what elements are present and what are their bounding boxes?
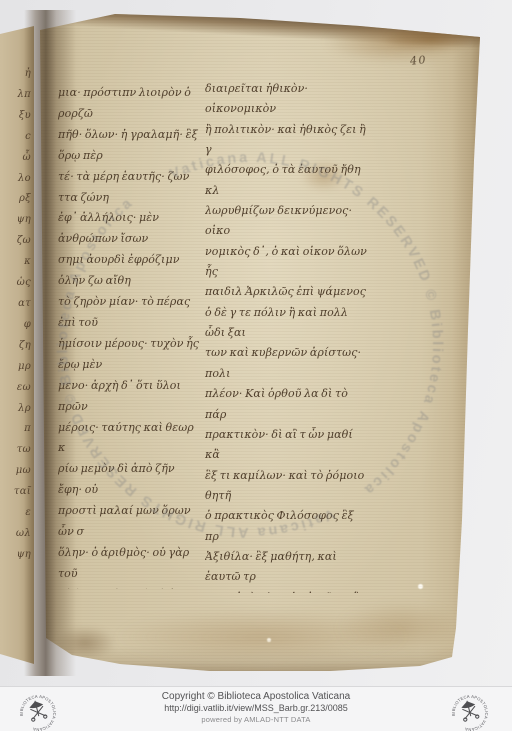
footer-url: http://digi.vatlib.it/view/MSS_Barb.gr.2… <box>0 703 512 714</box>
key-bow <box>475 715 479 719</box>
footer-text-block: Copyright © Biblioteca Apostolica Vatica… <box>0 691 512 725</box>
footer-powered-by: powered by AMLAD-NTT DATA <box>0 715 512 725</box>
crossed-keys-icon <box>463 706 477 718</box>
footer-copyright: Copyright © Biblioteca Apostolica Vatica… <box>0 691 512 703</box>
manuscript-page: μια· πρόστιπν λιοιρὸν ὁ ρορζῶ πῆθ· ὅλων·… <box>38 12 484 674</box>
folio-number: 40 <box>409 53 427 68</box>
key-bow <box>463 718 467 722</box>
facing-page-edge: ἦ λπ ξυ ϲ ὧ λο ρξ ψη ζω κ ὡς ατ φ ζη μρ … <box>0 26 34 664</box>
scan-photo: ἦ λπ ξυ ϲ ὧ λο ρξ ψη ζω κ ὡς ατ φ ζη μρ … <box>0 0 512 686</box>
vatican-library-seal-right: BIBLIOTECA APOSTOLICA VATICANA <box>451 694 489 731</box>
left-text-column: μια· πρόστιπν λιοιρὸν ὁ ρορζῶ πῆθ· ὅλων·… <box>58 83 201 589</box>
digitized-manuscript-view: ἦ λπ ξυ ϲ ὧ λο ρξ ψη ζω κ ὡς ατ φ ζη μρ … <box>0 0 512 731</box>
footer-bar: BIBLIOTECA APOSTOLICA VATICANA Copyright… <box>0 686 512 731</box>
right-text-column: διαιρεῖται ἠθικὸν· οἰκονομικὸν ἢ πολιτικ… <box>205 79 367 593</box>
facing-page-text-fragments: ἦ λπ ξυ ϲ ὧ λο ρξ ψη ζω κ ὡς ατ φ ζη μρ … <box>0 64 33 624</box>
